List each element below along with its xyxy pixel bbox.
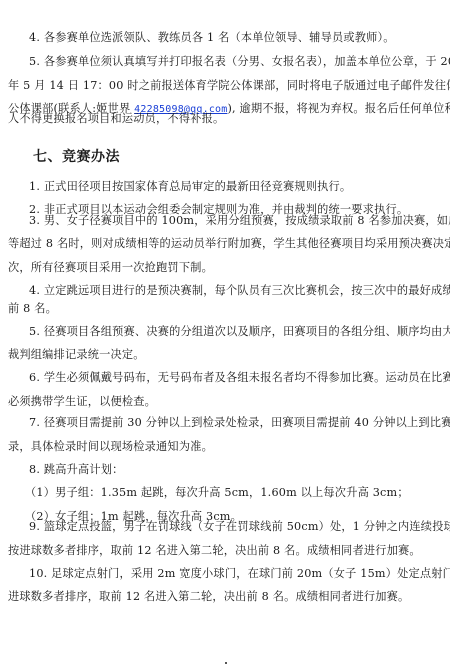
rule-line: 1. 正式田径项目按国家体育总局审定的最新田径竞赛规则执行。 — [29, 180, 351, 194]
rule-line: 10. 足球定点射门，采用 2m 宽度小球门，在球门前 20m（女子 15m）处… — [29, 567, 450, 581]
registration-item-5-line-1: 5. 各参赛单位须认真填写并打印报名表（分男、女报名表），加盖本单位公章，于 2… — [29, 55, 450, 69]
deadline-text: ), 逾期不报，将视为弃权。报名后任何单位和个 — [227, 102, 450, 115]
rule-line: 8. 跳高升高计划： — [29, 463, 124, 477]
rule-line: 裁判组编排记录统一决定。 — [8, 348, 145, 362]
rule-line: 必须携带学生证，以便检查。 — [8, 395, 156, 409]
rule-line: 3. 男、女子径赛项目中的 100m，采用分组预赛，按成绩录取前 8 名参加决赛… — [29, 214, 450, 228]
rule-line: （1）男子组：1.35m 起跳，每次升高 5cm，1.60m 以上每次升高 3c… — [25, 486, 409, 500]
registration-item-5-line-4: 人不得更换报名项目和运动员，不得补报。 — [8, 112, 224, 126]
rule-line: 7. 径赛项目需提前 30 分钟以上到检录处检录，田赛项目需提前 40 分钟以上… — [29, 416, 450, 430]
registration-item-4: 4. 各参赛单位选派领队、教练员各 1 名（本单位领导、辅导员或教师）。 — [29, 31, 395, 45]
section-heading: 七、竞赛办法 — [33, 146, 120, 166]
rule-line: 前 8 名。 — [8, 302, 57, 316]
rule-line: 5. 径赛项目各组预赛、决赛的分组道次以及顺序，田赛项目的各组分组、顺序均由大会 — [29, 325, 450, 339]
document-page: 4. 各参赛单位选派领队、教练员各 1 名（本单位领导、辅导员或教师）。 5. … — [0, 0, 450, 665]
rule-line: 录，具体检录时间以现场检录通知为准。 — [8, 440, 213, 454]
rule-line: 次，所有径赛项目采用一次抢跑罚下制。 — [8, 261, 213, 275]
rule-line: 9. 篮球定点投篮，男子在罚球线（女子在罚球线前 50cm）处，1 分钟之内连续… — [29, 520, 450, 534]
rule-line: 等超过 8 名时，则对成绩相等的运动员举行附加赛，学生其他径赛项目均采用预决赛决… — [8, 237, 450, 251]
registration-item-5-line-2: 年 5 月 14 日 17：00 时之前报送体育学院公体课部，同时将电子版通过电… — [8, 79, 450, 93]
rule-line: 进球数多者排序，取前 12 名进入第二轮，决出前 8 名。成绩相同者进行加赛。 — [8, 590, 409, 604]
page-marker — [225, 662, 227, 664]
rule-line: 4. 立定跳远项目进行的是预决赛制，每个队员有三次比赛机会，按三次中的最好成绩取 — [29, 284, 450, 298]
rule-line: 6. 学生必须佩戴号码布，无号码布者及各组未报名者均不得参加比赛。运动员在比赛时 — [29, 371, 450, 385]
rule-line: 按进球数多者排序，取前 12 名进入第二轮，决出前 8 名。成绩相同者进行加赛。 — [8, 544, 421, 558]
